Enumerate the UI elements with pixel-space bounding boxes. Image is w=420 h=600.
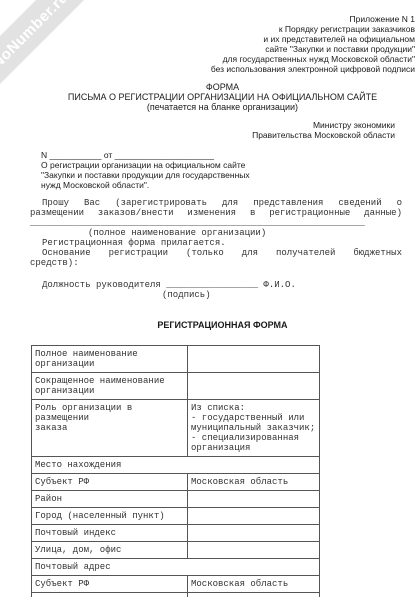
signature-line: Должность руководителя _________________… (30, 280, 402, 290)
table-row: Полное наименование организации (32, 346, 320, 373)
row-value (188, 525, 320, 542)
registration-form-table: Полное наименование организации Сокращен… (31, 345, 320, 597)
row-label: Город (населенный пункт) (32, 508, 188, 525)
basis-line: средств): (30, 258, 402, 268)
request-line: Прошу Вас (зарегистрировать для представ… (30, 198, 402, 208)
row-value: Московская область (188, 576, 320, 593)
title-line: ПИСЬМА О РЕГИСТРАЦИИ ОРГАНИЗАЦИИ НА ОФИЦ… (30, 92, 415, 102)
row-label: Субъект РФ (32, 576, 188, 593)
row-value (188, 373, 320, 400)
ref-subject-line: нужд Московской области". (41, 180, 415, 190)
row-value: Из списка: - государственный или муницип… (188, 400, 320, 457)
title-subtitle: (печатается на бланке организации) (30, 102, 415, 112)
table-section-row: Место нахождения (32, 457, 320, 474)
table-row: Субъект РФ Московская область (32, 474, 320, 491)
table-row: Улица, дом, офис (32, 542, 320, 559)
row-value (188, 508, 320, 525)
table-section-row: Почтовый адрес (32, 559, 320, 576)
addressee-line: Правительства Московской области (30, 130, 395, 140)
request-line: размещении заказов/внести изменения в ре… (30, 208, 402, 218)
row-label (32, 593, 188, 598)
appendix-line: и их представителей на официальном (30, 34, 415, 44)
row-value (188, 346, 320, 373)
row-label: Улица, дом, офис (32, 542, 188, 559)
table-row: Субъект РФ Московская область (32, 576, 320, 593)
row-label: Почтовый индекс (32, 525, 188, 542)
table-row: Сокращенное наименование организации (32, 373, 320, 400)
appendix-line: к Порядку регистрации заказчиков (30, 24, 415, 34)
section-label: Почтовый адрес (32, 559, 320, 576)
fill-in-line: ________________________________________… (30, 218, 402, 228)
basis-line: Основание регистрации (только для получа… (30, 248, 402, 258)
table-row: Район (32, 491, 320, 508)
row-value (188, 491, 320, 508)
row-label: Сокращенное наименование организации (32, 373, 188, 400)
fill-in-caption: (полное наименование организации) (30, 228, 402, 238)
row-label: Роль организации в размещении заказа (32, 400, 188, 457)
addressee-line: Министру экономики (30, 120, 395, 130)
reference-block: N ___________ от _____________________ О… (41, 150, 415, 190)
row-value (188, 593, 320, 598)
row-value: Московская область (188, 474, 320, 491)
table-row: Почтовый индекс (32, 525, 320, 542)
row-label: Полное наименование организации (32, 346, 188, 373)
title-line: ФОРМА (30, 82, 415, 92)
appendix-line: без использования электронной цифровой п… (30, 64, 415, 74)
letter-body: Прошу Вас (зарегистрировать для представ… (30, 198, 402, 300)
appendix-line: Приложение N 1 (30, 14, 415, 24)
row-label: Субъект РФ (32, 474, 188, 491)
row-label: Район (32, 491, 188, 508)
appendix-line: для государственных нужд Московской обла… (30, 54, 415, 64)
document-title: ФОРМА ПИСЬМА О РЕГИСТРАЦИИ ОРГАНИЗАЦИИ Н… (30, 82, 415, 112)
attachment-line: Регистрационная форма прилагается. (30, 238, 402, 248)
addressee-block: Министру экономики Правительства Московс… (30, 120, 415, 140)
row-value (188, 542, 320, 559)
table-row: Роль организации в размещении заказа Из … (32, 400, 320, 457)
appendix-line: сайте "Закупки и поставки продукции" (30, 44, 415, 54)
appendix-header: Приложение N 1 к Порядку регистрации зак… (30, 14, 415, 74)
registration-form-title: РЕГИСТРАЦИОННАЯ ФОРМА (30, 320, 415, 330)
signature-caption: (подпись) (30, 290, 402, 300)
ref-subject-line: О регистрации организации на официальном… (41, 160, 415, 170)
document-page: NoNumber.ru Приложение N 1 к Порядку рег… (0, 0, 420, 600)
table-row: Город (населенный пункт) (32, 508, 320, 525)
section-label: Место нахождения (32, 457, 320, 474)
ref-subject-line: "Закупки и поставки продукции для госуда… (41, 170, 415, 180)
ref-number-line: N ___________ от _____________________ (41, 150, 415, 160)
table-row-cutoff (32, 593, 320, 598)
